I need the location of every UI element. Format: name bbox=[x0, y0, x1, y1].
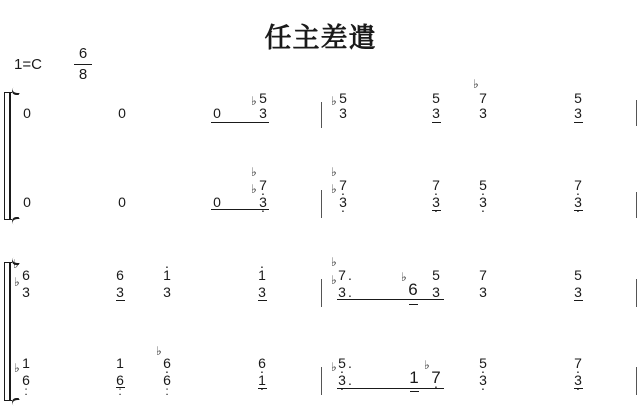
note: 7 bbox=[258, 178, 268, 192]
note: 0 bbox=[117, 106, 127, 120]
underline bbox=[432, 122, 441, 123]
flat-icon: ♭ bbox=[156, 345, 162, 357]
flat-icon: ♭ bbox=[401, 271, 407, 283]
fraction-bar bbox=[74, 64, 92, 65]
bracket-hook-bottom bbox=[9, 398, 24, 406]
note: 3 bbox=[478, 373, 488, 387]
note: 3 bbox=[431, 285, 441, 299]
note: 5 bbox=[573, 91, 583, 105]
flat-icon: ♭ bbox=[473, 78, 479, 90]
note: 6 bbox=[21, 268, 31, 282]
note: 3 bbox=[573, 285, 583, 299]
barline bbox=[636, 192, 637, 218]
barline bbox=[636, 100, 637, 126]
flat-icon: ♭ bbox=[331, 166, 337, 178]
note: 3 bbox=[478, 195, 488, 209]
note: 0 bbox=[212, 195, 222, 209]
note: 7 bbox=[478, 91, 488, 105]
note: 3 bbox=[338, 195, 348, 209]
note: 5 bbox=[258, 91, 268, 105]
beam-underline bbox=[211, 122, 269, 123]
score-title: 任主差遣 bbox=[0, 16, 641, 55]
barline bbox=[321, 102, 322, 128]
time-signature-denominator: 8 bbox=[79, 66, 87, 83]
system-bracket-icon bbox=[4, 92, 12, 220]
augmentation-dot: . bbox=[348, 268, 352, 282]
underline bbox=[574, 122, 583, 123]
flat-icon: ♭ bbox=[331, 95, 337, 107]
note: 5 bbox=[478, 178, 488, 192]
note: 7 bbox=[431, 178, 441, 192]
note: 0 bbox=[212, 106, 222, 120]
flat-icon: ♭ bbox=[331, 361, 337, 373]
note: 5 bbox=[431, 268, 441, 282]
flat-icon: ♭ bbox=[331, 274, 337, 286]
note: 3 bbox=[478, 106, 488, 120]
underline bbox=[574, 300, 583, 301]
note: 3 bbox=[478, 285, 488, 299]
note: 6 bbox=[115, 268, 125, 282]
note: 6 bbox=[257, 356, 267, 370]
note: 5 bbox=[431, 91, 441, 105]
barline bbox=[636, 279, 637, 307]
note: 3 bbox=[257, 285, 267, 299]
note: 3 bbox=[431, 106, 441, 120]
note: 3 bbox=[573, 195, 583, 209]
flat-icon: ♭ bbox=[331, 256, 337, 268]
note: 1 bbox=[21, 356, 31, 370]
underline bbox=[410, 391, 419, 392]
note: 5 bbox=[478, 356, 488, 370]
underline bbox=[116, 300, 125, 301]
beam-underline bbox=[337, 388, 444, 389]
underline bbox=[409, 304, 418, 305]
flat-icon: ♭ bbox=[251, 95, 257, 107]
bracket-hook-top bbox=[9, 87, 24, 95]
augmentation-dot: . bbox=[348, 285, 352, 299]
note: 3 bbox=[115, 285, 125, 299]
augmentation-dot: . bbox=[348, 356, 352, 370]
note: 3 bbox=[258, 195, 268, 209]
note: 5 bbox=[573, 268, 583, 282]
flat-icon: ♭ bbox=[14, 276, 20, 288]
flat-icon: ♭ bbox=[14, 362, 20, 374]
flat-icon: ♭ bbox=[251, 183, 257, 195]
flat-icon: ♭ bbox=[424, 359, 430, 371]
barline bbox=[636, 367, 637, 395]
barline bbox=[321, 190, 322, 218]
note: 6 bbox=[408, 283, 418, 297]
note: 1 bbox=[257, 268, 267, 282]
note: 6 bbox=[162, 373, 172, 387]
note: 3 bbox=[21, 285, 31, 299]
note: 1 bbox=[162, 268, 172, 282]
note: 0 bbox=[117, 195, 127, 209]
barline bbox=[321, 279, 322, 307]
note: 7 bbox=[338, 178, 348, 192]
note: 7 bbox=[573, 356, 583, 370]
system-bracket-icon bbox=[4, 262, 12, 401]
underline bbox=[574, 388, 583, 389]
note: 5 bbox=[338, 91, 348, 105]
note: 3 bbox=[338, 106, 348, 120]
note: 3 bbox=[431, 195, 441, 209]
note: 0 bbox=[22, 106, 32, 120]
note: 3 bbox=[573, 373, 583, 387]
note: 6 bbox=[162, 356, 172, 370]
beam-underline bbox=[337, 299, 444, 300]
underline bbox=[258, 388, 267, 389]
underline bbox=[258, 300, 267, 301]
flat-icon: ♭ bbox=[331, 183, 337, 195]
note: 3 bbox=[337, 373, 347, 387]
note: 1 bbox=[409, 371, 419, 385]
key-signature: 1=C bbox=[14, 56, 42, 73]
flat-icon: ♭ bbox=[251, 166, 257, 178]
note: 7 bbox=[573, 178, 583, 192]
note: 1 bbox=[257, 373, 267, 387]
augmentation-dot: . bbox=[348, 373, 352, 387]
flat-icon: ♭ bbox=[13, 258, 19, 270]
note: 3 bbox=[258, 106, 268, 120]
note: 5 bbox=[337, 356, 347, 370]
note: 7 bbox=[431, 371, 441, 385]
time-signature: 6 8 bbox=[74, 45, 92, 84]
note: 3 bbox=[162, 285, 172, 299]
note: 6 bbox=[21, 373, 31, 387]
note: 3 bbox=[337, 285, 347, 299]
underline bbox=[432, 210, 441, 211]
barline bbox=[321, 367, 322, 395]
underline bbox=[116, 387, 125, 388]
note: 7 bbox=[478, 268, 488, 282]
time-signature-numerator: 6 bbox=[79, 45, 87, 62]
note: 7 bbox=[337, 268, 347, 282]
beam-underline bbox=[211, 209, 269, 210]
note: 3 bbox=[573, 106, 583, 120]
bracket-hook-bottom bbox=[9, 217, 24, 225]
note: 0 bbox=[22, 195, 32, 209]
underline bbox=[574, 210, 583, 211]
note: 6 bbox=[115, 373, 125, 387]
note: 1 bbox=[115, 356, 125, 370]
